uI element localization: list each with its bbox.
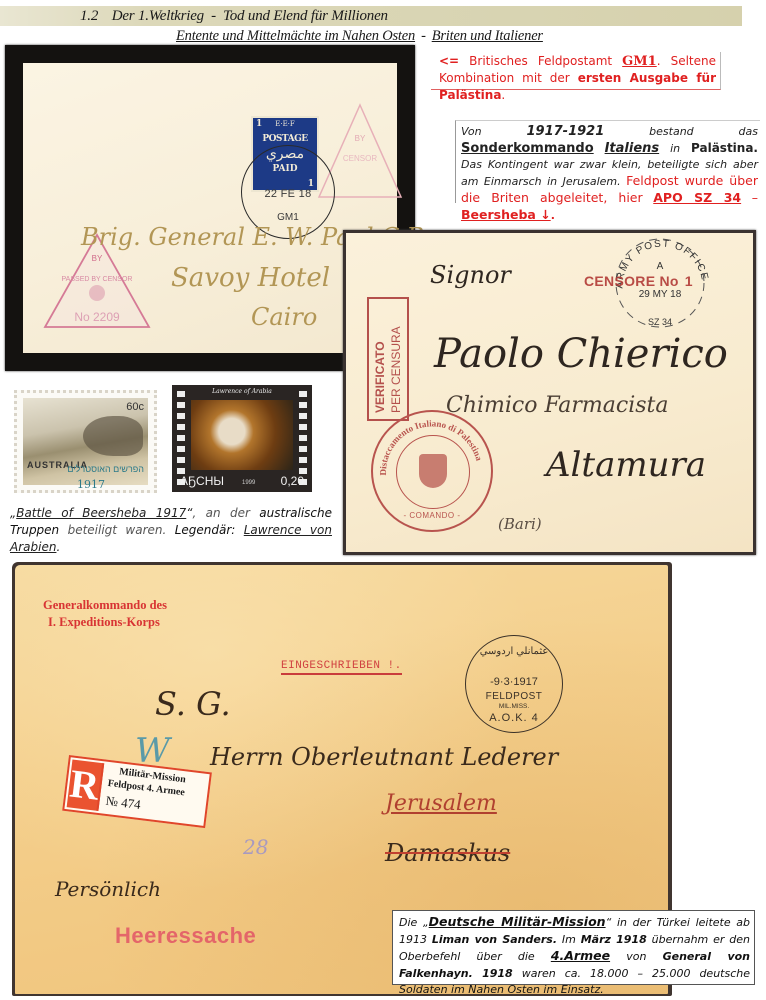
page-subtitle: Entente und Mittelmächte im Nahen Osten-… [176,28,543,45]
note-years: 1917-1921 [527,124,605,139]
svg-text:BY: BY [355,134,366,143]
note-bold: März 1918 [581,933,647,946]
subtitle-separator: - [421,28,426,44]
stamps-caption: „Battle of Beersheba 1917“, an der austr… [10,505,332,556]
subtitle-link-1[interactable]: Entente und Mittelmächte im Nahen Osten [176,28,415,44]
address-line: Chimico Farmacista [446,393,668,418]
film-perforation [177,391,185,486]
address-line: Signor [430,261,511,289]
caption-text: , an der [192,506,249,520]
sonderkommando-link[interactable]: Sonderkommando [461,141,594,156]
note-text: Im [562,933,576,946]
address-line: Altamura [546,445,706,485]
military-mission-link[interactable]: Deutsche Militär-Mission [429,914,606,929]
envelope-paper: BY CENSOR BY PASSED BY CENSOR No 2209 1 … [23,63,397,353]
note-place: Palästina. [691,141,758,155]
svg-text:PASSED BY CENSOR: PASSED BY CENSOR [62,276,133,283]
gm1-link[interactable]: GM1 [622,54,657,69]
page-title: 1.2 Der 1.Weltkrieg - Tod und Elend für … [80,8,398,25]
stamp-value: 0,20 [281,474,304,488]
note-german-military-mission: Die „Deutsche Militär-Mission“ in der Tü… [392,910,755,985]
light-horse-image: 60c AUSTRALIA הפרשים האוסטרלים 1917 [23,398,148,485]
address-line: Paolo Chierico [434,331,728,377]
film-perforation [299,391,307,486]
horse-rider-icon [83,416,143,456]
reg-label-number: № 474 [105,793,142,813]
beersheba-link[interactable]: Beersheba ↓ [461,207,551,222]
beersheba-battle-link[interactable]: Battle of Beersheba 1917 [16,506,186,520]
note-text: . [501,88,505,102]
address-line: Damaskus [385,839,510,867]
savoy-crest-icon [419,454,447,488]
sender-line: Generalkommando des [43,597,167,614]
title-text: Der 1.Weltkrieg - Tod und Elend für Mill… [112,8,388,24]
stamp-hebrew: הפרשים האוסטרלים [67,464,144,474]
censore-number: 1 [685,273,693,289]
postmark-date: -9·3·1917 [466,676,562,688]
note-text: – [752,190,758,205]
caption-text: . [56,540,60,554]
address-line: Cairo [251,303,317,331]
address-line: Jerusalem [385,791,497,816]
lawrence-portrait [191,400,293,470]
italian-contingent-cover: VERIFICATO PER CENSURA Distaccamento Ita… [343,230,756,555]
note-text: bestand das [649,125,758,138]
seal-inner-ring [396,435,470,509]
stamp-value: 60c [126,401,144,413]
censor-box-line1: VERIFICATO [373,341,387,413]
note-text: . [551,209,555,222]
stamp-year: 1917 [77,478,105,491]
postmark-code: GM1 [242,212,334,223]
italian-command-seal: Distaccamento Italiano di Palestina - CO… [371,410,493,532]
feldpost-postmark: عثمانلي اردوسي -9·3·1917 FELDPOST MIL.MI… [465,635,563,733]
caption-text: beteiligt waren. [68,523,167,537]
italiens-link[interactable]: Italiens [605,141,660,156]
pencil-mark: 28 [243,835,268,859]
address-line: S. G. [155,685,231,723]
note-text: Britisches Feldpostamt [469,54,612,68]
note-gm1: <= Britisches Feldpostamt GM1. Seltene K… [431,52,721,90]
note-text: von [626,950,646,963]
postmark-arabic: عثمانلي اردوسي [466,646,562,657]
signature: Persönlich [55,877,161,901]
postmark-date: 22 FE 18 [242,188,334,200]
sender-line: I. Expeditions-Korps [43,614,167,631]
address-line: (Bari) [498,515,542,533]
svg-text:BY: BY [92,254,103,263]
caption-bold: Legendär: [175,523,236,537]
censore-stamp: CENSORE No1 [584,273,693,289]
note-bold: Liman von Sanders. [432,933,557,946]
svg-text:29 MY 18: 29 MY 18 [639,289,682,300]
note-text: Die [399,916,417,929]
registration-r-icon: R [67,759,105,811]
censor-box-stamp: VERIFICATO PER CENSURA [367,297,409,421]
registered-stamp: EINGESCHRIEBEN !. [281,660,402,675]
registration-label: R Militär-Mission Feldpost 4. Armee № 47… [62,755,212,828]
apo-link[interactable]: APO SZ 34 [653,190,741,205]
postmark-line: MIL.MISS. [466,703,562,710]
stamp-top-label: E·E·F [253,120,317,128]
subtitle-link-2[interactable]: Briten und Italiener [432,28,543,44]
seal-bottom-text: - COMANDO - [373,511,491,520]
fourth-army-link[interactable]: 4.Armee [551,948,610,963]
note-text: in [670,142,680,155]
address-line: Savoy Hotel [171,263,330,293]
stamp-caption: Lawrence of Arabia [172,388,312,395]
postmark-line: FELDPOST [466,691,562,702]
arrow-left-icon: <= [439,54,459,68]
censor-box-line2: PER CENSURA [389,326,403,413]
note-italian-contingent: Von 1917-1921 bestand das Sonderkommando… [455,120,760,203]
svg-text:CENSOR: CENSOR [343,154,377,163]
note-text: Von [461,125,482,138]
stamp-year: 1999 [242,480,255,486]
censore-text: CENSORE No [584,273,679,289]
postmark-line: A.O.K. 4 [466,712,562,724]
svg-text:No 2209: No 2209 [74,310,120,324]
stamp-main-label: POSTAGE [253,134,317,144]
stamp-country: АҔСНЫ [180,474,224,488]
svg-text:A: A [657,261,664,272]
section-number: 1.2 [80,8,98,24]
sender-stamp: Generalkommando des I. Expeditions-Korps [43,597,167,631]
address-line: Herrn Oberleutnant Lederer [210,743,558,771]
heeressache-stamp: Heeressache [115,923,256,949]
abkhazia-lawrence-stamp: Lawrence of Arabia АҔСНЫ 1999 0,20 [172,385,312,492]
envelope-paper: VERIFICATO PER CENSURA Distaccamento Ita… [346,233,753,552]
svg-text:SZ 34: SZ 34 [648,317,672,327]
stamp-value: 1 [256,119,262,129]
australia-beersheba-stamp: 60c AUSTRALIA הפרשים האוסטרלים 1917 [14,390,157,493]
quote-mark: “ [606,916,612,929]
